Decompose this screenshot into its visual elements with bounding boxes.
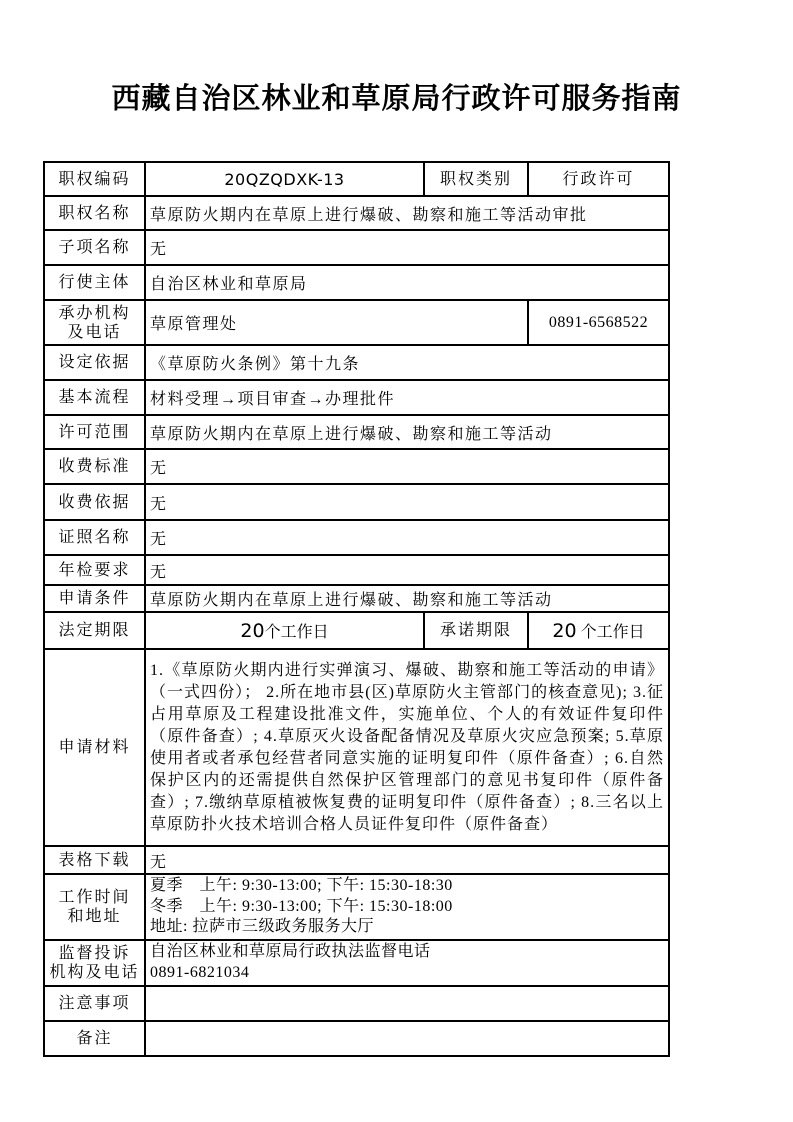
supervision-complaint-text: 自治区林业和草原局行政执法监督电话 0891-6821034 [145, 940, 669, 986]
row-label: 注意事项 [44, 986, 145, 1021]
row-subitem-name: 子项名称 无 [44, 230, 669, 265]
row-label: 备注 [44, 1021, 145, 1056]
row-value: 无 [145, 555, 669, 585]
row-fee-standard: 收费标准 无 [44, 449, 669, 484]
statutory-period-unit: 个工作日 [265, 624, 329, 641]
row-label: 职权编码 [44, 162, 145, 196]
statutory-period-number: 20 [240, 620, 264, 642]
row-supervision-complaint: 监督投诉 机构及电话 自治区林业和草原局行政执法监督电话 0891-682103… [44, 940, 669, 986]
row-value [145, 986, 669, 1021]
row-basic-process: 基本流程 材料受理→项目审查→办理批件 [44, 380, 669, 415]
row-label: 监督投诉 机构及电话 [44, 940, 145, 986]
page-title: 西藏自治区林业和草原局行政许可服务指南 [0, 76, 793, 117]
row-value: 无 [145, 484, 669, 520]
row-value: 自治区林业和草原局 [145, 265, 669, 300]
promised-period-unit: 个工作日 [577, 624, 645, 641]
row-permit-scope: 许可范围 草原防火期内在草原上进行爆破、勘察和施工等活动 [44, 415, 669, 449]
row-authority-name: 职权名称 草原防火期内在草原上进行爆破、勘察和施工等活动审批 [44, 196, 669, 230]
row-application-conditions: 申请条件 草原防火期内在草原上进行爆破、勘察和施工等活动 [44, 585, 669, 612]
document-page: 西藏自治区林业和草原局行政许可服务指南 职权编码 20QZQDXK-13 职权类… [0, 0, 793, 1122]
row-label: 设定依据 [44, 345, 145, 380]
row-remarks: 备注 [44, 1021, 669, 1056]
row-handling-agency: 承办机构 及电话 草原管理处 0891-6568522 [44, 300, 669, 345]
row-label: 许可范围 [44, 415, 145, 449]
row-label: 法定期限 [44, 612, 145, 649]
row-form-download: 表格下载 无 [44, 846, 669, 874]
service-guide-table: 职权编码 20QZQDXK-13 职权类别 行政许可 职权名称 草原防火期内在草… [43, 161, 670, 1057]
row-value: 无 [145, 520, 669, 555]
row-label: 基本流程 [44, 380, 145, 415]
row-value: 《草原防火条例》第十九条 [145, 345, 669, 380]
row-label: 申请条件 [44, 585, 145, 612]
work-time-address-text: 夏季 上午: 9:30-13:00; 下午: 15:30-18:30 冬季 上午… [145, 874, 669, 940]
row-label: 职权名称 [44, 196, 145, 230]
row-value: 无 [145, 230, 669, 265]
row-label: 年检要求 [44, 555, 145, 585]
row-value: 无 [145, 449, 669, 484]
row-notes: 注意事项 [44, 986, 669, 1021]
row-value: 草原防火期内在草原上进行爆破、勘察和施工等活动审批 [145, 196, 669, 230]
row-value [145, 1021, 669, 1056]
row-label: 证照名称 [44, 520, 145, 555]
row-application-materials: 申请材料 1.《草原防火期内进行实弹演习、爆破、勘察和施工等活动的申请》（一式四… [44, 649, 669, 846]
row-exercising-body: 行使主体 自治区林业和草原局 [44, 265, 669, 300]
row-work-time-address: 工作时间 和地址 夏季 上午: 9:30-13:00; 下午: 15:30-18… [44, 874, 669, 940]
statutory-period-value: 20个工作日 [145, 612, 424, 649]
row-label: 工作时间 和地址 [44, 874, 145, 940]
row-setting-basis: 设定依据 《草原防火条例》第十九条 [44, 345, 669, 380]
handling-agency-phone: 0891-6568522 [528, 300, 669, 345]
handling-agency-value: 草原管理处 [145, 300, 528, 345]
row-value: 草原防火期内在草原上进行爆破、勘察和施工等活动 [145, 415, 669, 449]
row-value: 无 [145, 846, 669, 874]
promised-period-value: 20 个工作日 [528, 612, 669, 649]
row-label: 表格下载 [44, 846, 145, 874]
authority-type-label: 职权类别 [424, 162, 528, 196]
application-materials-text: 1.《草原防火期内进行实弹演习、爆破、勘察和施工等活动的申请》（一式四份）； 2… [145, 649, 669, 846]
row-fee-basis: 收费依据 无 [44, 484, 669, 520]
row-annual-inspection: 年检要求 无 [44, 555, 669, 585]
promised-period-number: 20 [552, 620, 576, 642]
row-authority-code: 职权编码 20QZQDXK-13 职权类别 行政许可 [44, 162, 669, 196]
row-label: 行使主体 [44, 265, 145, 300]
row-label: 子项名称 [44, 230, 145, 265]
authority-code-value: 20QZQDXK-13 [145, 162, 424, 196]
row-label: 收费依据 [44, 484, 145, 520]
row-value: 材料受理→项目审查→办理批件 [145, 380, 669, 415]
row-certificate-name: 证照名称 无 [44, 520, 669, 555]
authority-type-value: 行政许可 [528, 162, 669, 196]
promised-period-label: 承诺期限 [424, 612, 528, 649]
row-statutory-period: 法定期限 20个工作日 承诺期限 20 个工作日 [44, 612, 669, 649]
row-label: 收费标准 [44, 449, 145, 484]
row-label: 申请材料 [44, 649, 145, 846]
row-label: 承办机构 及电话 [44, 300, 145, 345]
row-value: 草原防火期内在草原上进行爆破、勘察和施工等活动 [145, 585, 669, 612]
